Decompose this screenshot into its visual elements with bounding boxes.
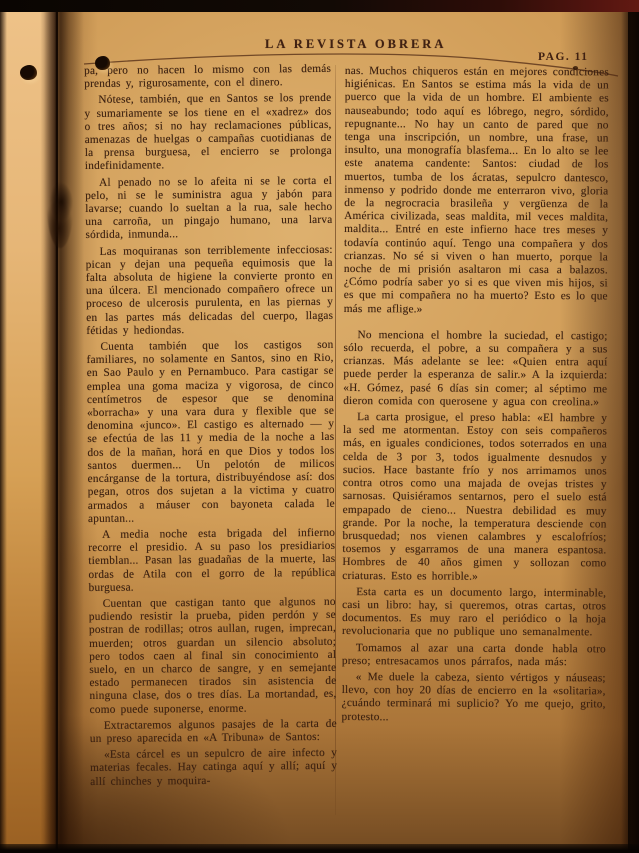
wormhole-facing-page — [20, 65, 37, 80]
text-column-left: pa, pero no hacen lo mismo con las demás… — [84, 60, 338, 828]
journal-title: LA REVISTA OBRERA — [265, 37, 446, 52]
photo-right-edge — [621, 0, 639, 853]
book-gutter-shadow — [44, 10, 84, 853]
paragraph: nas. Muchos chiqueros están en mejores c… — [344, 62, 609, 317]
page-number-label: PAG. 11 — [538, 51, 589, 63]
wormhole-main-page — [95, 56, 110, 70]
text-column-right: nas. Muchos chiqueros están en mejores c… — [341, 62, 609, 829]
paragraph: No menciona el hombre la suciedad, el ca… — [343, 316, 607, 410]
paragraph: pa, pero no hacen lo mismo con las demás… — [84, 60, 331, 92]
photo-bottom-edge — [0, 844, 639, 853]
photo-top-edge — [0, 0, 639, 12]
paragraph: «Esta cárcel es un sepulcro de aire infe… — [90, 744, 337, 789]
magazine-page: LA REVISTA OBRERA PAG. 11 pa, pero no ha… — [58, 10, 628, 853]
paragraph: Cuenta también que los castigos son fami… — [86, 336, 335, 526]
paragraph: Nótese, también, que en Santos se los pr… — [84, 89, 332, 173]
paragraph: Al penado no se lo afeita ni se le corta… — [85, 171, 333, 242]
paragraph: A media noche esta brigada del infierno … — [88, 524, 336, 595]
paragraph: Las moquiranas son terriblemente infecci… — [86, 240, 334, 338]
book-page-photo: LA REVISTA OBRERA PAG. 11 pa, pero no ha… — [0, 0, 639, 853]
paragraph: Extractaremos algunos pasajes de la cart… — [90, 715, 337, 747]
paragraph: Esta carta es un documento largo, interm… — [342, 583, 606, 640]
paragraph: « Me duele la cabeza, siento vértigos y … — [342, 668, 606, 725]
ink-speck — [573, 66, 578, 70]
paragraph: La carta prosigue, el preso habla: «El h… — [342, 408, 607, 584]
paragraph: Cuentan que castigan tanto que algunos n… — [89, 593, 337, 717]
paragraph: Tomamos al azar una carta donde habla ot… — [342, 639, 606, 670]
